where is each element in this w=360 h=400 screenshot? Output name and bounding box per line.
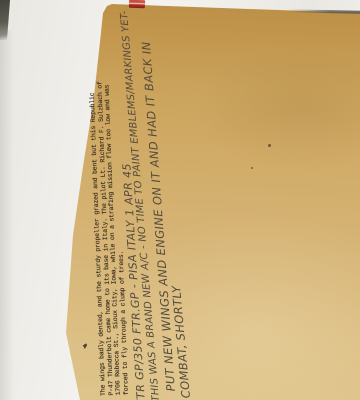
- rotated-text-layer: The wings badly dented, and the sturdy p…: [96, 0, 194, 399]
- scanned-caption-card-photo: The wings badly dented, and the sturdy p…: [0, 0, 360, 400]
- handwritten-note: FTR GP/350 FTR.GP - PISA ITALY 1 APR 45 …: [131, 0, 195, 399]
- paper-speck: [251, 167, 253, 169]
- paper-speck: [268, 144, 271, 147]
- scan-edge-shading: [0, 30, 14, 400]
